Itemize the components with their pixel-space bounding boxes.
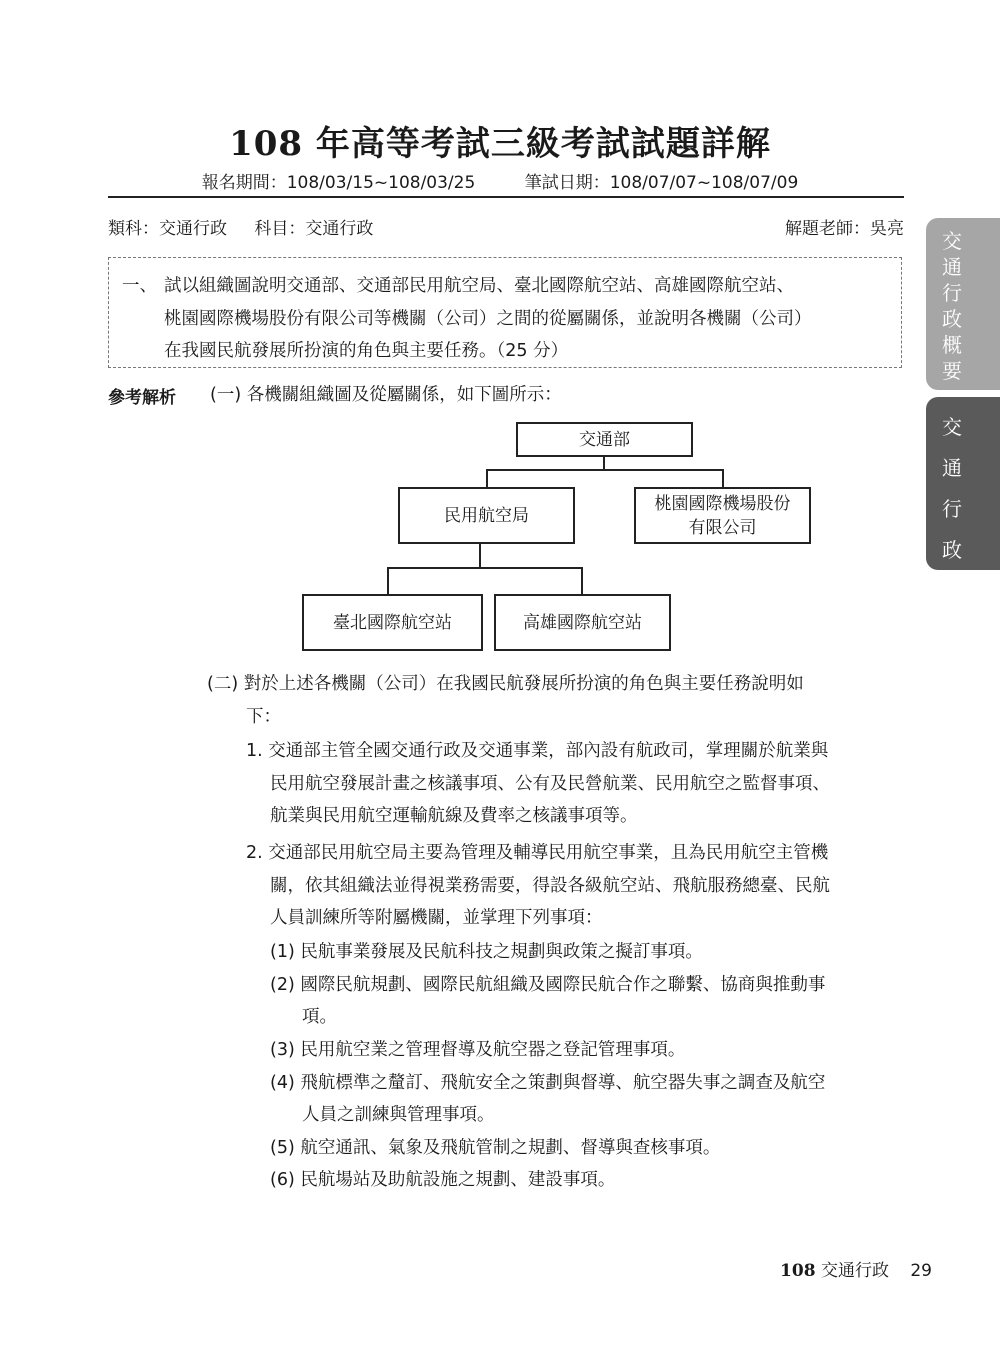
- footer-subject: 交通行政: [821, 1261, 889, 1281]
- tab-char: 通: [942, 254, 962, 280]
- item-1-line: 1. 交通部主管全國交通行政及交通事業，部內設有航政司，掌理關於航業與: [246, 735, 828, 767]
- answer-label: 參考解析: [108, 383, 176, 408]
- org-node-taoyuan: 桃園國際機場股份 有限公司: [634, 487, 811, 544]
- section-2-heading: 下：: [246, 701, 281, 733]
- exam-date: 筆試日期：108/07/07~108/07/09: [525, 173, 799, 193]
- page-title: 108 年高等考試三級考試試題詳解: [0, 116, 1000, 165]
- side-tab-overview[interactable]: 交 通 行 政 概 要: [926, 218, 1000, 390]
- exam-category: 類科：交通行政 科目：交通行政: [108, 214, 373, 239]
- exam-dates: 報名期間：108/03/15~108/03/25 筆試日期：108/07/07~…: [0, 168, 1000, 193]
- taoyuan-line-1: 桃園國際機場股份: [655, 492, 791, 516]
- connector: [486, 469, 488, 488]
- tab-char: 行: [942, 280, 962, 306]
- question-line: 在我國民航發展所扮演的角色與主要任務。（25 分）: [164, 335, 568, 367]
- tab-char: 政: [942, 306, 962, 332]
- org-node-taipei: 臺北國際航空站: [302, 594, 483, 651]
- sub-item: (6) 民航場站及助航設施之規劃、建設事項。: [270, 1164, 615, 1196]
- connector: [722, 469, 724, 488]
- org-node-ministry: 交通部: [516, 422, 693, 457]
- sub-item: (5) 航空通訊、氣象及飛航管制之規劃、督導與查核事項。: [270, 1132, 720, 1164]
- header-divider: [108, 196, 904, 198]
- question-line: 桃園國際機場股份有限公司等機關（公司）之間的從屬關係，並說明各機關（公司）: [164, 303, 812, 335]
- tab-char: 政: [942, 530, 962, 571]
- taoyuan-line-2: 有限公司: [689, 516, 757, 540]
- page-footer: 108 交通行政 29: [780, 1256, 932, 1281]
- item-2-line: 關，依其組織法並得視業務需要，得設各級航空站、飛航服務總臺、民航: [270, 870, 830, 902]
- category: 類科：交通行政: [108, 219, 227, 239]
- org-node-caa: 民用航空局: [398, 487, 575, 544]
- footer-year: 108: [780, 1261, 816, 1281]
- tab-char: 要: [942, 358, 962, 384]
- tab-char: 行: [942, 489, 962, 530]
- connector: [581, 567, 583, 595]
- sub-item: (4) 飛航標準之釐訂、飛航安全之策劃與督導、航空器失事之調查及航空: [270, 1067, 825, 1099]
- item-1-line: 航業與民用航空運輸航線及費率之核議事項等。: [270, 800, 638, 832]
- sub-item: 項。: [302, 1001, 337, 1033]
- connector: [486, 469, 724, 471]
- org-node-kaohsiung: 高雄國際航空站: [494, 594, 671, 651]
- tab-char: 交: [942, 407, 962, 448]
- sub-item: (1) 民航事業發展及民航科技之規劃與政策之擬訂事項。: [270, 936, 703, 968]
- sub-item: (2) 國際民航規劃、國際民航組織及國際民航合作之聯繫、協商與推動事: [270, 969, 825, 1001]
- section-1-heading: (一) 各機關組織圖及從屬關係，如下圖所示：: [210, 381, 562, 406]
- tab-char: 通: [942, 448, 962, 489]
- connector: [479, 544, 481, 568]
- connector: [387, 567, 389, 595]
- item-2-line: 2. 交通部民用航空局主要為管理及輔導民用航空事業，且為民用航空主管機: [246, 837, 828, 869]
- item-2-line: 人員訓練所等附屬機關，並掌理下列事項：: [270, 902, 603, 934]
- item-1-line: 民用航空發展計畫之核議事項、公有及民營航業、民用航空之監督事項、: [270, 768, 830, 800]
- teacher: 解題老師：吳亮: [785, 214, 904, 239]
- page-number: 29: [910, 1261, 932, 1281]
- question-number: 一、: [122, 270, 157, 302]
- subject: 科目：交通行政: [254, 219, 373, 239]
- tab-char: 交: [942, 228, 962, 254]
- question-line: 試以組織圖說明交通部、交通部民用航空局、臺北國際航空站、高雄國際航空站、: [164, 270, 794, 302]
- tab-char: 概: [942, 332, 962, 358]
- connector: [387, 567, 583, 569]
- sub-item: 人員之訓練與管理事項。: [302, 1099, 495, 1131]
- registration-period: 報名期間：108/03/15~108/03/25: [202, 173, 476, 193]
- sub-item: (3) 民用航空業之管理督導及航空器之登記管理事項。: [270, 1034, 685, 1066]
- section-2-heading: (二) 對於上述各機關（公司）在我國民航發展所扮演的角色與主要任務說明如: [207, 668, 804, 700]
- side-tab-transport-admin[interactable]: 交 通 行 政: [926, 397, 1000, 570]
